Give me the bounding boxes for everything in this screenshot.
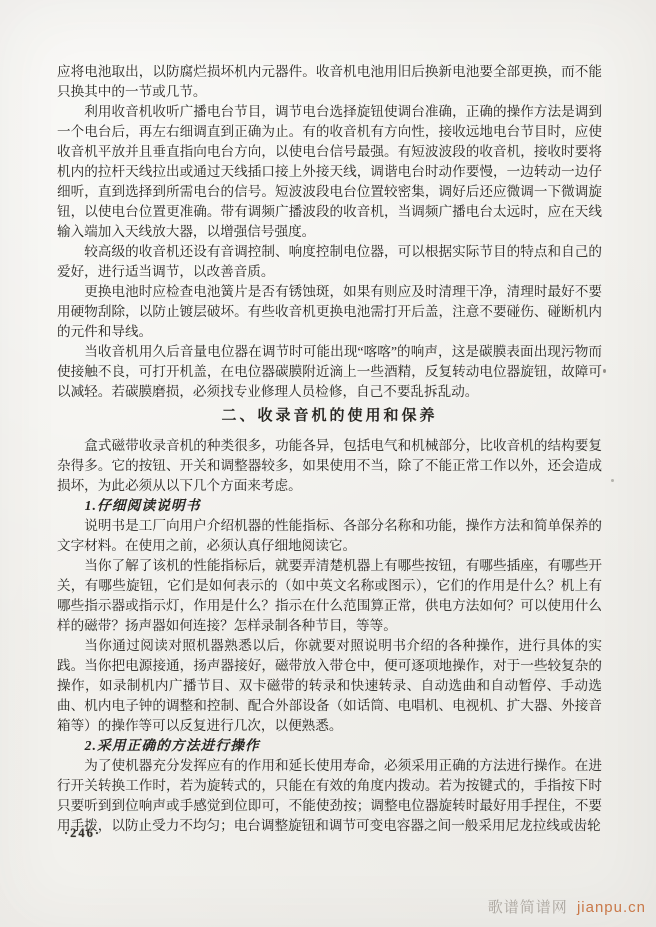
subsection-heading: 2.采用正确的方法进行操作 <box>57 736 602 756</box>
body-paragraph: 说明书是工厂向用户介绍机器的性能指标、各部分名称和功能，操作方法和简单保养的文字… <box>57 516 602 556</box>
body-paragraph: 为了使机器充分发挥应有的作用和延长使用寿命，必须采用正确的方法进行操作。在进行开… <box>57 756 602 836</box>
body-paragraph: 盒式磁带收录音机的种类很多，功能各异，包括电气和机械部分，比收音机的结构要复杂得… <box>57 436 602 496</box>
body-paragraph: 利用收音机收听广播电台节目，调节电台选择旋钮使调台准确，正确的操作方法是调到一个… <box>57 102 602 242</box>
body-paragraph: 当你通过阅读对照机器熟悉以后，你就要对照说明书介绍的各种操作，进行具体的实践。当… <box>57 636 602 736</box>
scan-speck <box>420 390 422 392</box>
scanned-book-page: 应将电池取出，以防腐烂损坏机内元器件。收音机电池用旧后换新电池要全部更换，而不能… <box>0 0 656 927</box>
body-paragraph: 应将电池取出，以防腐烂损坏机内元器件。收音机电池用旧后换新电池要全部更换，而不能… <box>57 62 602 102</box>
body-paragraph: 当收音机用久后音量电位器在调节时可能出现“喀喀”的响声，这是碳膜表面出现污物而使… <box>57 342 602 402</box>
scan-speck <box>611 479 614 482</box>
watermark-site-name: 歌谱简谱网 <box>488 899 568 916</box>
body-paragraph: 更换电池时应检查电池簧片是否有锈蚀斑，如果有则应及时清理干净，清理时最好不要用硬… <box>57 282 602 342</box>
scan-speck <box>603 369 606 373</box>
body-paragraph: 当你了解了该机的性能指标后，就要弄清楚机器上有哪些按钮，有哪些插座，有哪些开关，… <box>57 556 602 636</box>
subsection-heading: 1.仔细阅读说明书 <box>57 496 602 516</box>
page-number: ·246· <box>64 826 101 841</box>
text-column: 应将电池取出，以防腐烂损坏机内元器件。收音机电池用旧后换新电池要全部更换，而不能… <box>57 62 602 836</box>
watermark-url: jianpu.cn <box>577 899 646 916</box>
section-heading: 二、收录音机的使用和保养 <box>57 405 602 427</box>
watermark: 歌谱简谱网 jianpu.cn <box>488 896 646 917</box>
body-paragraph: 较高级的收音机还设有音调控制、响度控制电位器，可以根据实际节目的特点和自己的爱好… <box>57 242 602 282</box>
